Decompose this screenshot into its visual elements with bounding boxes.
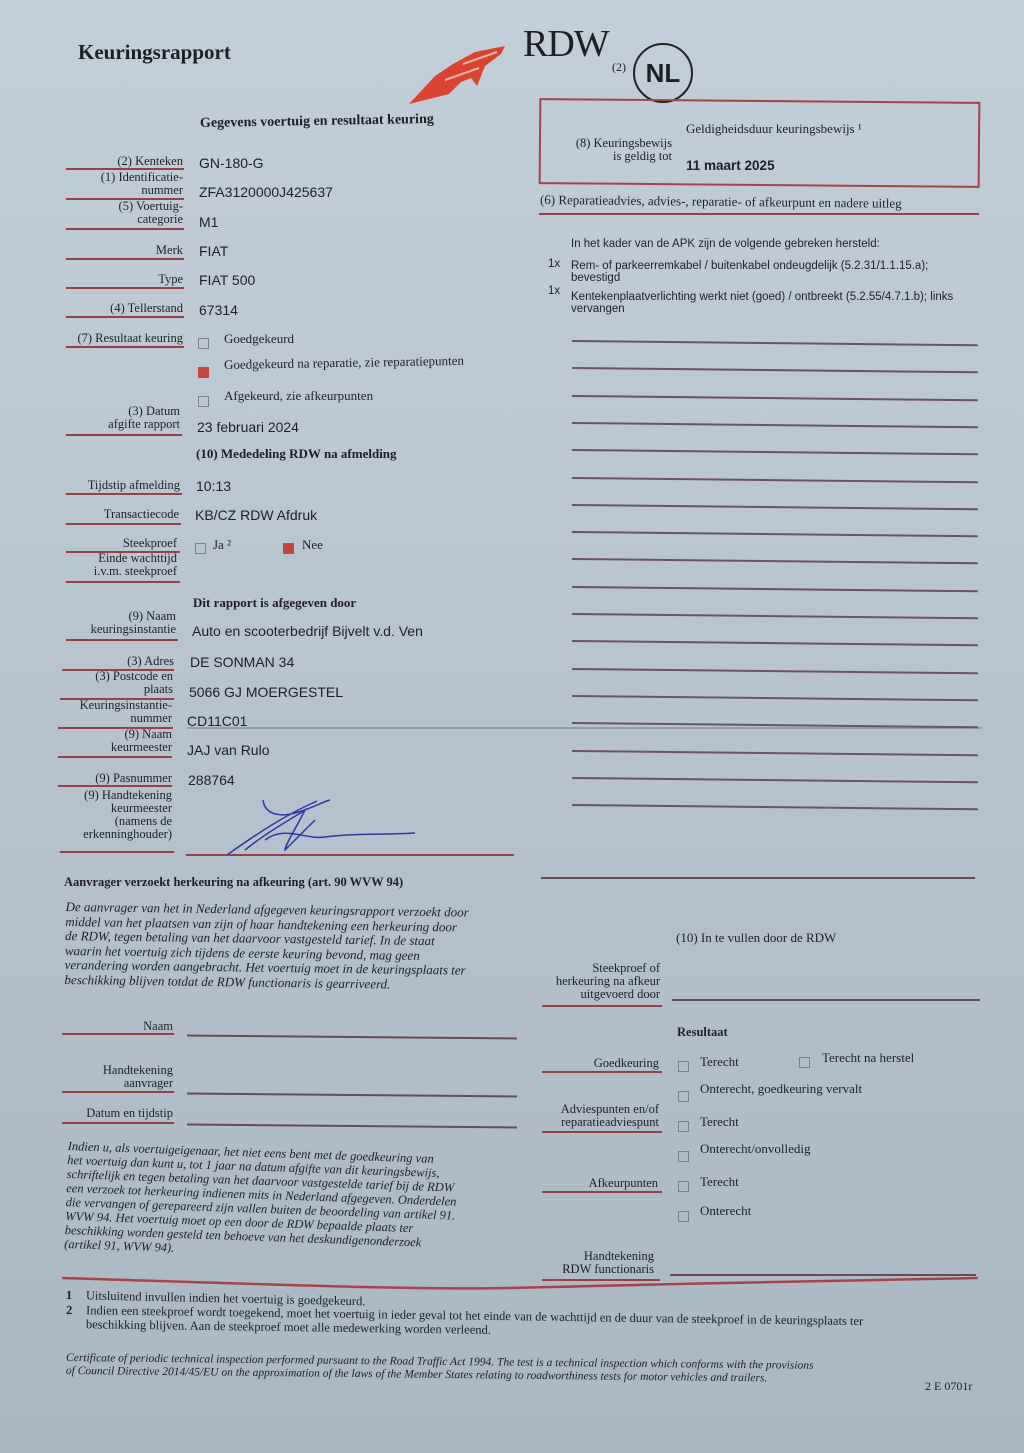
- repair-note-line[interactable]: [572, 640, 978, 646]
- sample-yes-label: Ja ²: [213, 537, 231, 553]
- approval-justified-after-repair-checkbox[interactable]: [799, 1057, 810, 1068]
- time-label: Tijdstip afmelding: [66, 479, 180, 492]
- sample-yes-checkbox[interactable]: [195, 543, 206, 554]
- performed-by-field[interactable]: [672, 999, 980, 1001]
- result-rejected-label: Afgekeurd, zie afkeurpunten: [224, 388, 373, 404]
- footnote-2: 2Indien een steekproef wordt toegekend, …: [66, 1303, 863, 1342]
- wait-label: Einde wachttijdi.v.m. steekproef: [66, 552, 177, 578]
- validity-label: (8) Keuringsbewijsis geldig tot: [560, 137, 672, 163]
- approval-justified-after-repair-label: Terecht na herstel: [822, 1050, 914, 1066]
- repair-note-line[interactable]: [572, 422, 978, 428]
- issue-date-label: (3) Datumafgifte rapport: [66, 405, 180, 431]
- document-title: Keuringsrapport: [78, 40, 231, 65]
- field-value-vin: ZFA3120000J425637: [199, 184, 333, 200]
- repair-item: Kentekenplaatverlichting werkt niet (goe…: [571, 291, 953, 315]
- repair-note-line[interactable]: [572, 668, 978, 674]
- performed-by-label: Steekproef ofherkeuring na afkeuruitgevo…: [542, 962, 660, 1001]
- repair-note-line[interactable]: [572, 367, 978, 373]
- time-value: 10:13: [196, 478, 231, 494]
- approval-label: Goedkeuring: [542, 1057, 659, 1070]
- repair-item: Rem- of parkeerremkabel / buitenkabel on…: [571, 260, 928, 284]
- issuer-name-label: (9) Naamkeuringsinstantie: [66, 610, 176, 636]
- repairs-intro: In het kader van de APK zijn de volgende…: [571, 238, 880, 250]
- postcode-value: 5066 GJ MOERGESTEL: [189, 684, 343, 700]
- repair-note-line[interactable]: [572, 613, 978, 619]
- inspection-report-page: Keuringsrapport RDW (2) NL Geldigheidsdu…: [0, 0, 1024, 1453]
- field-label-odometer: (4) Tellerstand: [66, 302, 183, 315]
- rdw-wordmark: RDW: [523, 22, 609, 66]
- repair-note-line[interactable]: [572, 558, 978, 564]
- field-value-kenteken: GN-180-G: [199, 155, 264, 171]
- reject-unjustified-label: Onterecht: [700, 1203, 751, 1219]
- pass-number-label: (9) Pasnummer: [62, 772, 172, 785]
- form-code: 2 E 0701r: [925, 1379, 972, 1394]
- date-time-field[interactable]: [187, 1124, 517, 1128]
- rdw-feather-logo-icon: [405, 42, 510, 108]
- advice-label: Adviespunten en/ofreparatieadviespunt: [542, 1103, 659, 1129]
- date-time-label: Datum en tijdstip: [60, 1107, 173, 1120]
- country-code-badge: NL: [633, 43, 693, 103]
- reinspection-title: Aanvrager verzoekt herkeuring na afkeuri…: [64, 875, 403, 890]
- issuer-title: Dit rapport is afgegeven door: [193, 595, 356, 611]
- repair-note-line[interactable]: [572, 750, 978, 756]
- approval-justified-label: Terecht: [700, 1054, 739, 1070]
- result-title: Resultaat: [677, 1025, 728, 1040]
- field-label-make: Merk: [66, 244, 183, 257]
- field-value-make: FIAT: [199, 243, 228, 259]
- inspector-value: JAJ van Rulo: [187, 742, 269, 758]
- result-approved-after-repair-checkbox[interactable]: [198, 367, 209, 378]
- applicant-signature-label: Handtekeningaanvrager: [60, 1064, 173, 1090]
- rdw-fill-title: (10) In te vullen door de RDW: [676, 930, 836, 946]
- pass-number-value: 288764: [188, 772, 235, 788]
- repair-note-line[interactable]: [572, 531, 978, 537]
- reinspection-body: De aanvrager van het in Nederland afgege…: [64, 900, 468, 993]
- repair-note-line[interactable]: [572, 449, 978, 455]
- repairs-title: (6) Reparatieadvies, advies-, reparatie-…: [540, 192, 902, 212]
- field-value-odometer: 67314: [199, 302, 238, 318]
- reject-unjustified-checkbox[interactable]: [678, 1211, 689, 1222]
- inspector-label: (9) Naamkeurmeester: [62, 728, 172, 754]
- field-label-category: (5) Voertuig-categorie: [66, 200, 183, 226]
- advice-justified-label: Terecht: [700, 1114, 739, 1130]
- repair-item-qty: 1x: [548, 285, 560, 297]
- repair-note-line[interactable]: [572, 695, 978, 701]
- transaction-label: Transactiecode: [66, 508, 179, 521]
- approval-unjustified-checkbox[interactable]: [678, 1091, 689, 1102]
- repair-note-line[interactable]: [572, 477, 978, 483]
- sample-no-label: Nee: [302, 537, 323, 553]
- repair-note-line[interactable]: [572, 340, 978, 346]
- certificate-statement: Certificate of periodic technical inspec…: [66, 1352, 814, 1386]
- field-value-category: M1: [199, 214, 218, 230]
- validity-value: 11 maart 2025: [686, 158, 775, 173]
- transaction-value: KB/CZ RDW Afdruk: [195, 507, 317, 523]
- field-value-type: FIAT 500: [199, 272, 255, 288]
- result-rejected-checkbox[interactable]: [198, 396, 209, 407]
- issuer-name-value: Auto en scooterbedrijf Bijvelt v.d. Ven: [192, 623, 423, 639]
- repair-note-line[interactable]: [572, 395, 978, 401]
- advice-justified-checkbox[interactable]: [678, 1121, 689, 1132]
- repair-note-line[interactable]: [572, 777, 978, 783]
- result-approved-after-repair-label: Goedgekeurd na reparatie, zie reparatiep…: [224, 353, 464, 373]
- reject-points-label: Afkeurpunten: [542, 1177, 658, 1190]
- repair-note-line[interactable]: [572, 586, 978, 592]
- reject-justified-checkbox[interactable]: [678, 1181, 689, 1192]
- advice-unjustified-checkbox[interactable]: [678, 1151, 689, 1162]
- inspector-signature-icon: [225, 795, 425, 860]
- repair-item-qty: 1x: [548, 258, 560, 270]
- inspector-signature-label: (9) Handtekeningkeurmeester(namens deerk…: [60, 789, 172, 841]
- reject-justified-label: Terecht: [700, 1174, 739, 1190]
- result-approved-label: Goedgekeurd: [224, 331, 294, 347]
- applicant-name-label: Naam: [60, 1020, 173, 1033]
- repair-note-line[interactable]: [572, 804, 978, 810]
- validity-heading: Geldigheidsduur keuringsbewijs ¹: [686, 121, 862, 137]
- sample-no-checkbox[interactable]: [283, 543, 294, 554]
- repair-note-line[interactable]: [572, 504, 978, 510]
- institution-number-label: Keuringsinstantie-nummer: [62, 699, 172, 725]
- country-ref: (2): [612, 60, 626, 75]
- result-label: (7) Resultaat keuring: [66, 332, 183, 345]
- address-label: (3) Adres: [66, 655, 174, 668]
- rdw-notice-title: (10) Mededeling RDW na afmelding: [196, 446, 397, 462]
- field-label-kenteken: (2) Kenteken: [66, 155, 183, 168]
- result-approved-checkbox[interactable]: [198, 338, 209, 349]
- approval-unjustified-label: Onterecht, goedkeuring vervalt: [700, 1081, 862, 1097]
- field-label-vin: (1) Identificatie-nummer: [66, 171, 183, 197]
- advice-unjustified-label: Onterecht/onvolledig: [700, 1141, 810, 1157]
- field-label-type: Type: [66, 273, 183, 286]
- address-value: DE SONMAN 34: [190, 654, 294, 670]
- postcode-label: (3) Postcode enplaats: [66, 670, 173, 696]
- applicant-name-field[interactable]: [187, 1035, 517, 1039]
- owner-note: Indien u, als voertuigeigenaar, het niet…: [64, 1139, 458, 1265]
- sample-label: Steekproef: [66, 537, 177, 550]
- applicant-signature-field[interactable]: [187, 1093, 517, 1097]
- issue-date-value: 23 februari 2024: [197, 419, 299, 435]
- approval-justified-checkbox[interactable]: [678, 1061, 689, 1072]
- vehicle-section-title: Gegevens voertuig en resultaat keuring: [200, 112, 434, 132]
